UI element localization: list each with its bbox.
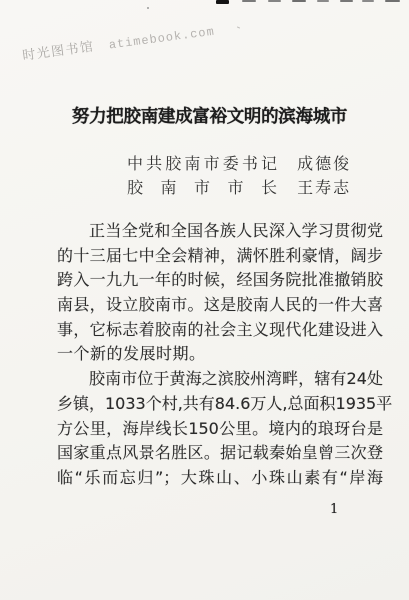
body-line: 临“乐而忘归”；大珠山、小珠山素有“岸海 [57,466,383,491]
watermark: 时光图书馆 atimebook.com [21,20,216,64]
article-title: 努力把胶南建成富裕文明的滨海城市 [0,104,409,130]
article-body: 正当全党和全国各族人民深入学习贯彻党 的十三届七中全会精神，满怀胜利豪情，阔步 … [57,219,383,491]
author-block: 中共胶南市委书记 成德俊 胶南市市长 王寿志 [127,152,351,199]
body-line: 乡镇，1033个村,共有84.6万人,总面积1935平 [57,392,383,417]
author-name: 王寿志 [297,178,351,197]
body-line: 胶南市位于黄海之滨胶州湾畔，辖有24处 [57,367,383,392]
scan-speck [237,26,240,28]
scan-dash [216,0,229,4]
scan-speck [147,7,149,9]
scan-dash [317,0,329,2]
body-line: 一个新的发展时期。 [57,342,383,367]
author-line: 胶南市市长 王寿志 [127,176,351,200]
body-line: 跨入一九九一年的时候，经国务院批准撤销胶 [57,268,383,293]
body-line: 事，它标志着胶南的社会主义现代化建设进入 [57,318,383,343]
watermark-site-url: atimebook.com [108,25,216,53]
author-line: 中共胶南市委书记 成德俊 [127,152,351,176]
scan-dash [385,0,400,2]
author-role: 胶南市市长 [127,176,277,200]
body-line: 的十三届七中全会精神，满怀胜利豪情，阔步 [57,244,383,269]
page-number: 1 [330,502,338,517]
body-line: 南县，设立胶南市。这是胶南人民的一件大喜 [57,293,383,318]
scan-dash [242,0,256,2]
body-line: 国家重点风景名胜区。据记载秦始皇曾三次登 [57,441,383,466]
watermark-library-name: 时光图书馆 [22,40,96,64]
scan-dash [340,0,353,2]
author-name: 成德俊 [297,154,351,173]
scan-dash [292,0,306,2]
scanned-document-page: 时光图书馆 atimebook.com 努力把胶南建成富裕文明的滨海城市 中共胶… [0,0,409,600]
scan-dash [268,0,281,2]
body-line: 正当全党和全国各族人民深入学习贯彻党 [57,219,383,244]
body-line: 方公里，海岸线长150公里。境内的琅玡台是 [57,417,383,442]
author-role: 中共胶南市委书记 [127,152,277,176]
scan-dash [362,0,374,2]
